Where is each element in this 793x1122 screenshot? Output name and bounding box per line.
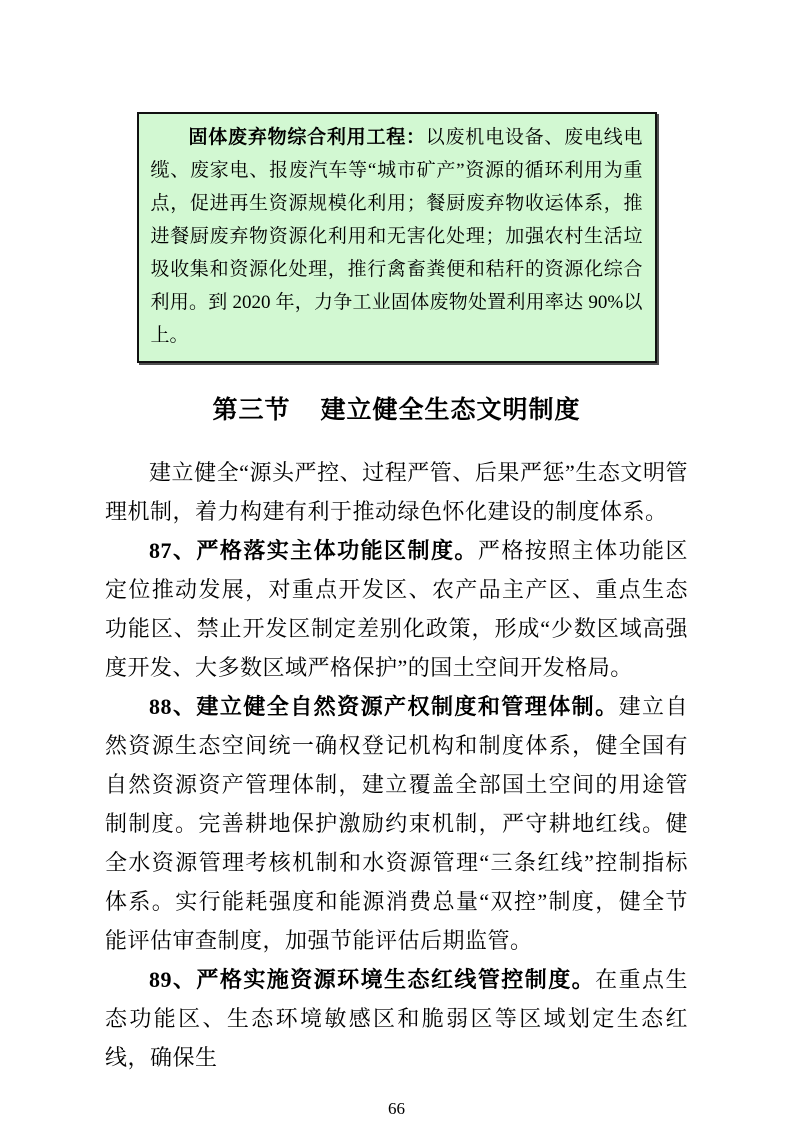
paragraph-lead: 87、严格落实主体功能区制度。 [149, 538, 478, 563]
paragraph: 87、严格落实主体功能区制度。严格按照主体功能区定位推动发展，对重点开发区、农产… [105, 531, 688, 687]
project-highlight-box: 固体废弃物综合利用工程：以废机电设备、废电线电缆、废家电、报废汽车等“城市矿产”… [137, 112, 657, 363]
paragraph-lead: 89、严格实施资源环境生态红线管控制度。 [149, 967, 595, 992]
document-body: 建立健全“源头严控、过程严管、后果严惩”生态文明管理机制，着力构建有利于推动绿色… [105, 453, 688, 1077]
page-footer: 66 [0, 1099, 793, 1119]
project-box-body: 以废机电设备、废电线电缆、废家电、报废汽车等“城市矿产”资源的循环利用为重点，促… [151, 127, 643, 346]
section-number: 第三节 [212, 397, 290, 424]
document-page: 固体废弃物综合利用工程：以废机电设备、废电线电缆、废家电、报废汽车等“城市矿产”… [0, 0, 793, 1122]
paragraph-text: 建立自然资源生态空间统一确权登记机构和制度体系，健全国有自然资源资产管理体制，建… [105, 694, 688, 953]
section-title: 建立健全生态文明制度 [321, 397, 581, 424]
project-box-paragraph: 固体废弃物综合利用工程：以废机电设备、废电线电缆、废家电、报废汽车等“城市矿产”… [151, 121, 643, 352]
paragraph: 89、严格实施资源环境生态红线管控制度。在重点生态功能区、生态环境敏感区和脆弱区… [105, 960, 688, 1077]
paragraph-lead: 88、建立健全自然资源产权制度和管理体制。 [149, 694, 619, 719]
section-heading: 第三节建立健全生态文明制度 [0, 395, 793, 427]
paragraph-text: 建立健全“源头严控、过程严管、后果严惩”生态文明管理机制，着力构建有利于推动绿色… [105, 460, 688, 524]
paragraph: 88、建立健全自然资源产权制度和管理体制。建立自然资源生态空间统一确权登记机构和… [105, 687, 688, 960]
page-number: 66 [388, 1099, 405, 1118]
paragraph: 建立健全“源头严控、过程严管、后果严惩”生态文明管理机制，着力构建有利于推动绿色… [105, 453, 688, 531]
project-box-title: 固体废弃物综合利用工程： [189, 127, 426, 148]
